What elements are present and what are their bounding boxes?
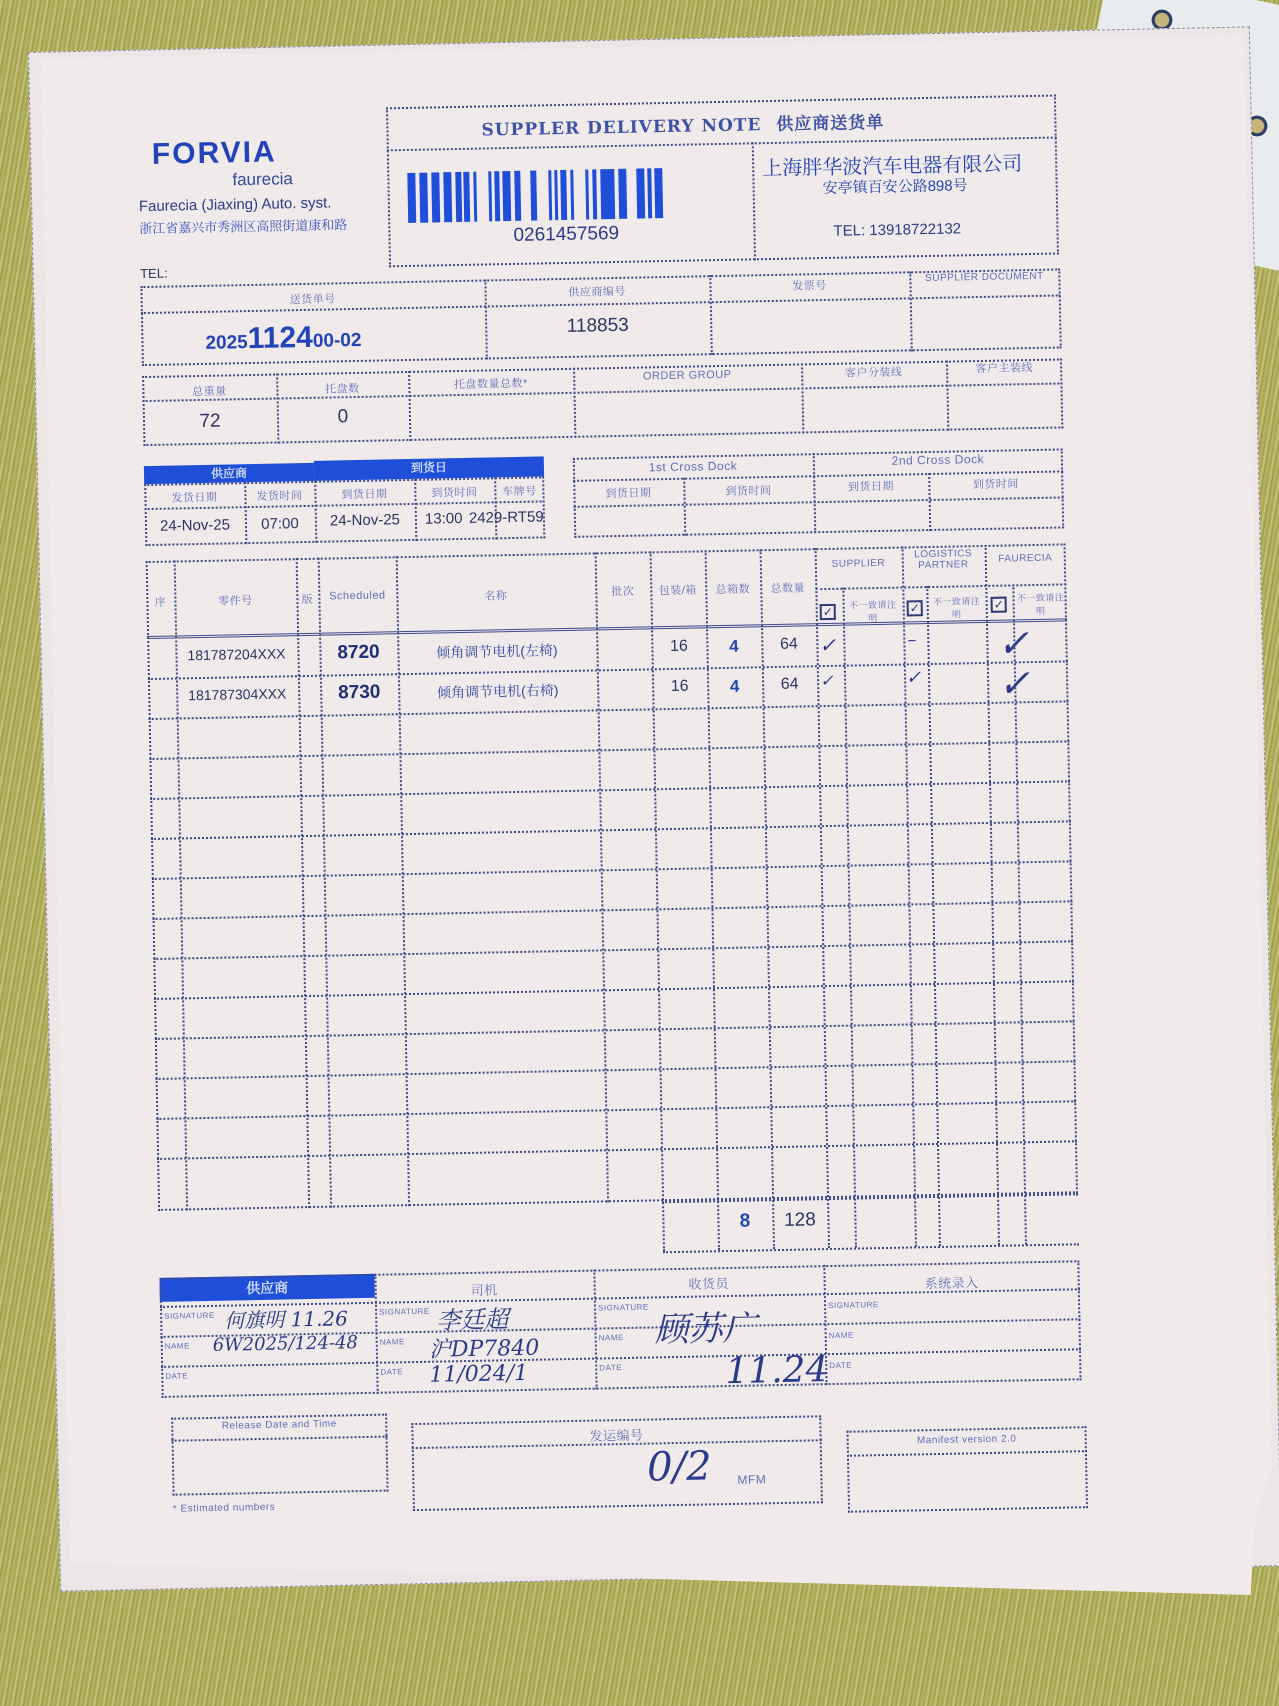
supplier-check-note: 不一致请注明 xyxy=(845,598,901,625)
cd2-date-label: 到货日期 xyxy=(813,477,928,495)
sign-label: DATE xyxy=(380,1367,403,1376)
delivery-no-suffix: 00-02 xyxy=(313,330,362,352)
company-name: Faurecia (Jiaxing) Auto. syst. xyxy=(139,194,332,215)
cd2-time-label: 到货时间 xyxy=(928,474,1063,493)
part-no: 181787304XXX xyxy=(176,685,298,703)
sign-label: DATE xyxy=(599,1363,622,1372)
logistics-check-header: LOGISTICS PARTNER xyxy=(902,548,985,572)
company-address: 浙江省嘉兴市秀洲区高照街道康和路 xyxy=(139,214,347,237)
ship-time-value: 07:00 xyxy=(245,515,315,533)
per-box: 16 xyxy=(652,677,707,696)
faurecia-check-mark[interactable]: ✓ xyxy=(998,661,1031,706)
col-part-no-header: 零件号 xyxy=(174,591,296,609)
faurecia-check-header: FAURECIA xyxy=(985,552,1066,565)
faurecia-check-mark[interactable]: ✓ xyxy=(997,621,1030,666)
scheduled: 8720 xyxy=(319,641,397,664)
col-version-header: 版 xyxy=(296,591,318,607)
sign-label: SIGNATURE xyxy=(828,1300,879,1310)
pallet-total-label: 托盘数量总数* xyxy=(408,374,573,393)
supplier-check-mark[interactable]: ✓ xyxy=(819,633,836,657)
supplier-address: 安亭镇百安公路898号 xyxy=(822,174,967,198)
boxes: 4 xyxy=(706,636,761,657)
supplier-sign-name[interactable]: 6W2025/124-48 xyxy=(213,1332,359,1356)
customer-sub-line-label: 客户分装线 xyxy=(801,363,946,382)
ship-date-value: 24-Nov-25 xyxy=(145,516,245,535)
part-no: 181787204XXX xyxy=(175,645,297,663)
logistics-check-mark[interactable]: – xyxy=(907,629,916,650)
divider xyxy=(663,1243,1079,1253)
arrival-date-label: 到货日期 xyxy=(314,485,414,503)
sign-label: NAME xyxy=(380,1337,405,1346)
supplier-check-header: SUPPLIER xyxy=(815,558,902,571)
scheduled: 8730 xyxy=(320,681,398,704)
company-tel-label: TEL: xyxy=(140,266,168,282)
driver-signature[interactable]: 李廷超 xyxy=(436,1299,509,1335)
mfm-label: MFM xyxy=(737,1472,766,1487)
customer-main-line-label: 客户主装线 xyxy=(946,358,1062,376)
delivery-note: FORVIA faurecia Faurecia (Jiaxing) Auto.… xyxy=(40,35,1275,1618)
delivery-no-date: 1124 xyxy=(247,321,313,355)
delivery-no-value: 2025112400-02 xyxy=(205,320,362,357)
total-boxes: 8 xyxy=(717,1210,772,1233)
faurecia-checkbox[interactable]: ✓ xyxy=(991,596,1007,614)
supplier-no-value: 118853 xyxy=(485,313,710,339)
sign-label: NAME xyxy=(829,1331,854,1340)
pallet-count-value: 0 xyxy=(277,405,409,430)
delivery-no-year: 2025 xyxy=(205,332,248,354)
sign-label: SIGNATURE xyxy=(598,1303,649,1313)
total-qty: 128 xyxy=(772,1209,827,1232)
sign-label: DATE xyxy=(829,1361,852,1370)
receiver-sign-date[interactable]: 11.24 xyxy=(725,1349,829,1392)
sign-label: DATE xyxy=(165,1371,188,1380)
pallet-count-label: 托盘数 xyxy=(276,379,408,398)
forvia-logo: FORVIA xyxy=(152,135,277,171)
faurecia-logo: faurecia xyxy=(232,169,293,190)
total-weight-value: 72 xyxy=(143,410,277,435)
col-boxes-header: 总箱数 xyxy=(705,580,760,597)
barcode-number: 0261457569 xyxy=(513,223,619,247)
sign-label: NAME xyxy=(599,1333,624,1342)
arrival-date-value: 24-Nov-25 xyxy=(315,511,415,530)
title-zh: 供应商送货单 xyxy=(776,113,884,135)
sign-label: SIGNATURE xyxy=(164,1311,215,1321)
receiver-signature[interactable]: 顾苏广 xyxy=(654,1300,757,1351)
supplier-tel: TEL: 13918722132 xyxy=(833,220,961,239)
ship-time-label: 发货时间 xyxy=(244,487,314,504)
driver-sign-date[interactable]: 11/024/1 xyxy=(429,1361,528,1388)
col-qty-header: 总数量 xyxy=(760,579,815,596)
arrival-time-label: 到货时间 xyxy=(414,483,494,501)
cd1-time-label: 到货时间 xyxy=(683,481,813,499)
col-per-box-header: 包装/箱 xyxy=(650,581,705,598)
logistics-check-note: 不一致请注明 xyxy=(928,594,984,621)
logistics-checkbox[interactable]: ✓ xyxy=(907,599,923,617)
logistics-check-mark[interactable]: ✓ xyxy=(906,667,921,688)
sign-label: SIGNATURE xyxy=(379,1307,430,1317)
boxes: 4 xyxy=(707,676,762,697)
supplier-signature[interactable]: 何旗明 11.26 xyxy=(224,1302,348,1333)
part-name: 倾角调节电机(右椅) xyxy=(398,679,597,703)
supplier-check-mark[interactable]: ✓ xyxy=(820,671,834,690)
qty: 64 xyxy=(762,675,817,694)
ship-date-label: 发货日期 xyxy=(144,488,244,506)
part-name: 倾角调节电机(左椅) xyxy=(397,639,596,663)
total-weight-label: 总重量 xyxy=(142,382,276,401)
estimated-note: * Estimated numbers xyxy=(173,1502,276,1515)
barcode xyxy=(407,167,738,223)
supplier-checkbox[interactable]: ✓ xyxy=(820,603,836,621)
arrival-time-value: 13:00 xyxy=(425,510,463,528)
cd1-date-label: 到货日期 xyxy=(573,484,683,502)
per-box: 16 xyxy=(651,637,706,656)
col-batch-header: 批次 xyxy=(595,582,650,599)
col-scheduled-header: Scheduled xyxy=(318,589,396,602)
sign-label: NAME xyxy=(165,1341,190,1350)
faurecia-check-note: 不一致请注明 xyxy=(1014,590,1066,617)
plate-value: 2429-RT59 xyxy=(469,508,544,526)
qty: 64 xyxy=(761,635,816,654)
driver-sign-name[interactable]: 沪DP7840 xyxy=(429,1331,540,1364)
plate-label: 车牌号 xyxy=(494,482,544,499)
col-seq-header: 序 xyxy=(146,594,174,611)
transport-value[interactable]: 0/2 xyxy=(647,1443,712,1490)
